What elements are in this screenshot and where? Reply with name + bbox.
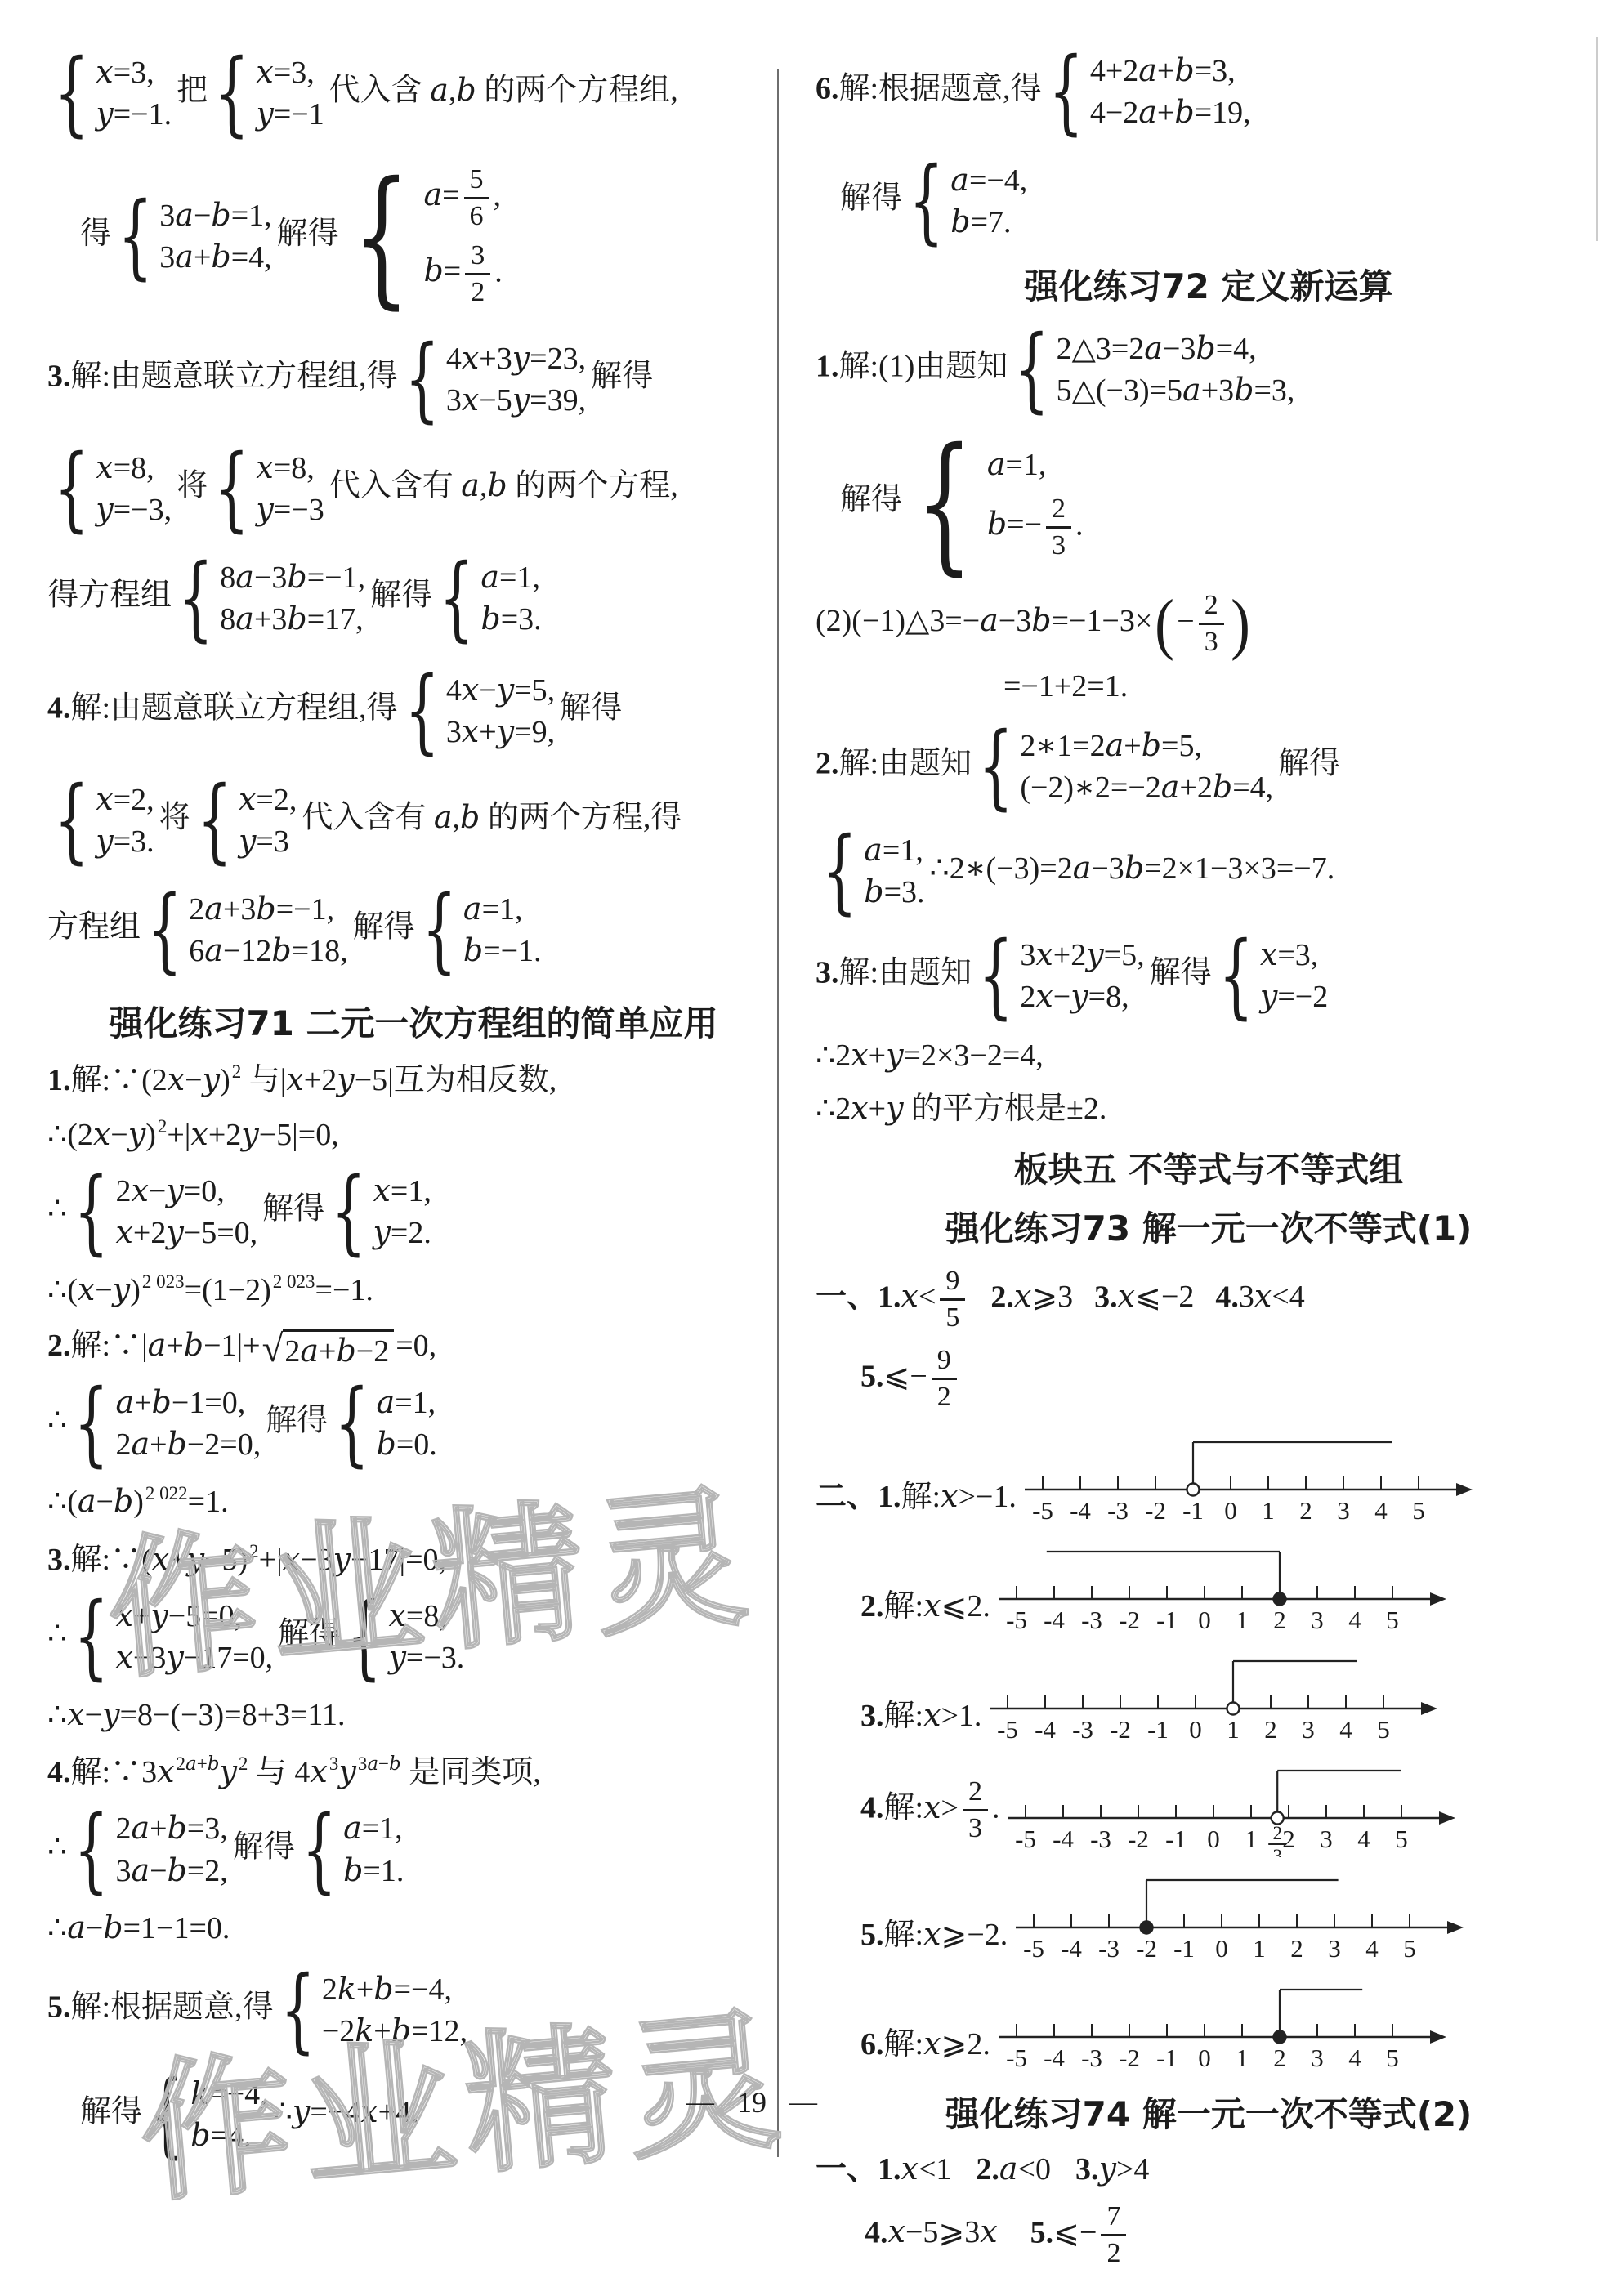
math-text: 2 023: [142, 1271, 185, 1292]
text: 是同类项,: [401, 1755, 541, 1789]
math-text: y=−1.: [96, 97, 172, 132]
system-line: b=7.: [950, 201, 1027, 243]
item-number: 一、1.: [816, 1280, 901, 1314]
superscript: 2: [249, 1539, 259, 1564]
system-brace: {: [422, 884, 457, 976]
text: 解得: [1278, 747, 1340, 781]
solution-row: ∴(a−b)2 022=1.: [47, 1481, 780, 1523]
text: 解:根据题意,得: [839, 72, 1042, 106]
math-text: b=3.: [864, 875, 924, 909]
system-line: 2a+b−2=0,: [115, 1423, 261, 1465]
math-text: x+y−5=0,: [115, 1599, 242, 1633]
equation-system: {2a+b=3,3a−b=2,: [72, 1804, 228, 1896]
number-line-svg: -5-4-3-2-1012345: [986, 1645, 1444, 1748]
math-text: x>1.: [923, 1699, 981, 1733]
math-text: b=3.: [480, 602, 541, 637]
math-text: 2: [158, 1116, 168, 1137]
text: ∴: [47, 1911, 67, 1945]
text: ∴: [816, 1092, 835, 1126]
system-line: a=−4,: [950, 159, 1027, 201]
system-line: k=−4,: [190, 2073, 267, 2115]
number-line-part: 5: [1404, 1934, 1417, 1963]
equation-system: {a=1,b=−23.: [907, 428, 1084, 577]
number-line-part: [1430, 2030, 1446, 2044]
solution-row: 1.解:(1)由题知{2△3=2a−3b=4,5△(−3)=5a+3b=3,: [816, 324, 1602, 415]
system-brace: {: [916, 428, 972, 577]
superscript: 2: [232, 1059, 242, 1084]
system-line: 3a−b=2,: [115, 1850, 227, 1892]
superscript: 3a−b: [358, 1751, 401, 1777]
number-line-part: 5: [1396, 1825, 1409, 1853]
number-line-part: -1: [1148, 1715, 1169, 1744]
system-brace: {: [302, 1804, 337, 1896]
equation-system: {a=1,b=1.: [300, 1804, 404, 1896]
item-number: 3.: [816, 956, 839, 990]
system-brace: {: [1048, 46, 1084, 137]
math-text: 3: [968, 1813, 982, 1843]
solution-row: ∴2x+y 的平方根是±2.: [816, 1088, 1602, 1130]
math-text: b=: [423, 254, 461, 288]
math-text: 2: [1106, 2238, 1120, 2268]
math-text: 2: [968, 1776, 982, 1807]
system-lines: 2x−y=0,x+2y−5=0,: [115, 1170, 257, 1253]
item-number: 二、1.: [816, 1480, 901, 1514]
solution-row: 3.解:由题意联立方程组,得{4x+3y=23,3x−5y=39,解得: [47, 333, 780, 425]
system-brace: {: [74, 1804, 109, 1896]
math-text: ⩽−: [884, 1360, 927, 1394]
text: 解:: [884, 1918, 924, 1952]
math-text: 2 022: [145, 1483, 188, 1503]
item-number: 4.: [47, 1755, 71, 1789]
math-text: x⩾−2.: [923, 1918, 1008, 1952]
text: ∴: [47, 1617, 67, 1651]
number-line-part: 0: [1198, 2044, 1211, 2072]
fraction-numerator: 7: [1101, 2201, 1126, 2236]
system-line: x−3y−17=0,: [115, 1637, 273, 1678]
text: 方程组: [47, 910, 141, 945]
text: 互为相反数,: [394, 1063, 557, 1097]
number-line-part: 1: [1245, 1825, 1258, 1853]
system-line: a=1,: [480, 556, 541, 598]
number-line-part: 2: [1273, 1823, 1283, 1843]
item-number: 4.: [865, 2215, 888, 2249]
math-text: 2: [232, 1061, 242, 1082]
math-text: b=7.: [950, 205, 1011, 239]
number-line-part: 1: [1254, 1934, 1267, 1963]
number-line-label: 5.解:x⩾−2.: [860, 1909, 1008, 1954]
system-brace: {: [197, 775, 232, 866]
equation-system: {x=8,y=−3.: [345, 1591, 464, 1682]
system-line: 4x+3y=23,: [446, 337, 586, 379]
math-text: x−3y−17=0,: [115, 1641, 273, 1675]
system-line: 4x−y=5,: [446, 669, 555, 711]
text: 与: [241, 1063, 280, 1097]
number-line-part: 4: [1348, 1606, 1361, 1634]
math-text: y=−2: [1260, 980, 1328, 1014]
text: 解得: [278, 1617, 340, 1651]
system-line: 3x−5y=39,: [446, 379, 586, 421]
math-text: y: [219, 1755, 236, 1789]
number-line-part: 3: [1311, 2044, 1324, 2072]
system-brace: {: [978, 930, 1013, 1021]
equation-system: {2∗1=2a+b=5,(−2)∗2=−2a+2b=4,: [977, 721, 1273, 812]
math-text: a=1,: [377, 1386, 436, 1420]
solution-row: ∴{2x−y=0,x+2y−5=0,解得{x=1,y=2.: [47, 1166, 780, 1257]
open-point: [1187, 1484, 1199, 1496]
solution-row: ∴(2x−y)2+|x+2y−5|=0,: [47, 1114, 780, 1156]
text: ∴: [930, 851, 950, 886]
math-text: a,b: [430, 74, 476, 108]
number-line-part: 3: [1337, 1496, 1350, 1525]
system-lines: a+b−1=0,2a+b−2=0,: [115, 1382, 261, 1465]
math-text: a−b=1−1=0.: [67, 1911, 230, 1945]
text: 解:∵: [71, 1755, 142, 1789]
number-line-part: 3: [1329, 1934, 1342, 1963]
number-line-part: -5: [1016, 1825, 1037, 1853]
math-text: x<: [901, 1280, 936, 1314]
math-text: a=1,: [343, 1811, 403, 1846]
section-header: 强化练习74 解一元一次不等式(2): [816, 2088, 1602, 2137]
math-text: .: [494, 254, 503, 288]
math-text: b=−1.: [463, 934, 542, 968]
number-line-part: -1: [1173, 1934, 1195, 1963]
square-root: √2a+b−2: [262, 1329, 395, 1369]
text: 的两个方程,得: [480, 801, 682, 835]
fraction-denominator: 2: [937, 1380, 951, 1413]
system-lines: a=1,b=−1.: [463, 888, 542, 972]
fraction-denominator: 3: [1052, 529, 1066, 561]
math-text: 2a+b−2=0,: [115, 1427, 261, 1462]
system-line: b=32.: [423, 240, 502, 308]
system-line: 3x+y=9,: [446, 711, 555, 753]
math-text: =1.: [188, 1485, 229, 1519]
system-brace: {: [335, 1378, 370, 1469]
system-line: −2k+b=12,: [322, 2010, 467, 2052]
math-text: x−5⩾3x: [888, 2215, 998, 2249]
system-line: y=3.: [96, 820, 154, 862]
item-number: 4.: [1215, 1280, 1239, 1314]
math-text: 2x+y=2×3−2=4,: [835, 1039, 1044, 1073]
math-text: 2∗1=2a+b=5,: [1020, 729, 1202, 763]
solution-row: =−1+2=1.: [1003, 666, 1602, 708]
text: 解:(1)由题知: [839, 350, 1008, 384]
solution-row: 6.解:根据题意,得{4+2a+b=3,4−2a+b=19,: [816, 46, 1602, 137]
math-text: 2a+b=3,: [115, 1811, 227, 1846]
system-line: y=−2: [1260, 976, 1328, 1017]
page-footer: — 19 —: [686, 2085, 817, 2120]
math-text: −2k+b=12,: [322, 2014, 467, 2048]
math-text: 3x−5y=39,: [446, 383, 586, 418]
number-line-part: -3: [1098, 1934, 1120, 1963]
solution-row: 得{3a−b=1,3a+b=4,解得{a=56,b=32.: [80, 160, 780, 312]
system-lines: 4+2a+b=3,4−2a+b=19,: [1090, 50, 1251, 133]
solution-row: {a=1,b=3.∴2∗(−3)=2a−3b=2×1−3×3=−7.: [816, 825, 1602, 917]
equation-system: {3x+2y=5,2x−y=8,: [977, 930, 1145, 1021]
math-text: 2∗(−3)=2a−3b=2×1−3×3=−7.: [950, 851, 1335, 886]
number-line-part: 1: [1227, 1715, 1240, 1744]
math-text: 3a+b=4,: [159, 240, 271, 275]
system-line: b=0.: [377, 1423, 437, 1465]
system-line: x=8,: [388, 1595, 464, 1637]
fraction-denominator: 2: [1106, 2236, 1120, 2269]
open-point: [1227, 1703, 1240, 1715]
text: 解:由题意联立方程组,得: [71, 691, 398, 726]
system-lines: x=3,y=−1.: [96, 51, 172, 135]
number-line-part: -2: [1145, 1496, 1166, 1525]
fraction-numerator: 9: [932, 1345, 957, 1380]
math-text: +|x−3y−17|=0,: [259, 1543, 446, 1577]
big-paren: (: [1155, 609, 1174, 640]
equation-system: {x=3,y=−2: [1217, 930, 1329, 1021]
system-lines: a=1,b=−23.: [987, 440, 1084, 565]
text: 代入含有: [302, 801, 434, 835]
number-line-part: 3: [1273, 1846, 1283, 1857]
number-line-part: -4: [1061, 1934, 1082, 1963]
number-line-part: 4: [1358, 1825, 1371, 1853]
equation-system: {3a−b=1,3a+b=4,: [116, 190, 272, 282]
equation-system: {x=2,y=3.: [52, 775, 154, 866]
text: 解得: [560, 691, 622, 726]
fraction: 72: [1101, 2201, 1126, 2269]
number-line-svg: -5-4-3-2-1012345: [995, 1973, 1453, 2076]
item-number: 4.: [860, 1791, 884, 1825]
scan-edge-artifact: [1596, 37, 1598, 241]
number-line-label: 2.解:x⩽2.: [860, 1580, 990, 1625]
math-text: y=−3: [256, 493, 324, 527]
system-brace: {: [404, 333, 440, 425]
closed-point: [1273, 1593, 1285, 1606]
number-line-part: 0: [1198, 1606, 1211, 1634]
text: 解:: [884, 1699, 924, 1733]
item-number: 一、1.: [816, 2152, 901, 2187]
number-line-part: -5: [1023, 1934, 1044, 1963]
solution-row: 解得{k=−4,b=4.∴y=−4x+4.: [80, 2069, 780, 2160]
math-text: y=−3,: [96, 493, 172, 527]
fraction-numerator: 9: [940, 1266, 965, 1301]
math-text: x⩽2.: [923, 1589, 990, 1624]
text: ∴: [816, 1039, 835, 1073]
number-line-part: -1: [1156, 1606, 1178, 1634]
math-text: 4−2a+b=19,: [1090, 96, 1251, 130]
item-number: 3.: [1094, 1280, 1118, 1314]
system-line: x=8,: [256, 447, 324, 489]
footer-right-dash: —: [789, 2087, 817, 2118]
section-header: 强化练习73 解一元一次不等式(1): [816, 1202, 1602, 1251]
math-text: x=1,: [373, 1174, 431, 1208]
number-line-part: [1421, 1702, 1437, 1715]
number-line-part: 0: [1208, 1825, 1221, 1853]
text: 解:: [901, 1480, 941, 1514]
math-text: .: [992, 1791, 1000, 1825]
system-lines: x=8,y=−3: [256, 447, 324, 530]
solution-row: 解得{a=1,b=−23.: [840, 428, 1602, 577]
math-text: x+2y−5=0,: [115, 1216, 257, 1250]
solution-row: 方程组{2a+3b=−1,6a−12b=18,解得{a=1,b=−1.: [47, 884, 780, 976]
math-text: 5△(−3)=5a+3b=3,: [1057, 373, 1295, 408]
math-text: a+b−1=0,: [115, 1386, 245, 1420]
math-text: x⩾3: [1014, 1280, 1073, 1314]
system-lines: 2k+b=−4,−2k+b=12,: [322, 1968, 467, 2052]
math-text: =0,: [396, 1329, 436, 1363]
item-number: 2.: [816, 747, 839, 781]
system-line: y=−3.: [388, 1637, 464, 1678]
system-line: a=1,: [377, 1382, 437, 1423]
system-line: x=2,: [96, 779, 154, 820]
text: ∴: [47, 1698, 67, 1732]
solution-row: ∴{a+b−1=0,2a+b−2=0,解得{a=1,b=0.: [47, 1378, 780, 1469]
item-number: 5.: [1030, 2215, 1054, 2249]
system-lines: a=1,b=0.: [377, 1382, 437, 1465]
text: 与: [248, 1755, 294, 1789]
system-line: 3a+b=4,: [159, 236, 271, 278]
solution-row: 2.解:∵|a+b−1|+√2a+b−2=0,: [47, 1324, 780, 1368]
system-line: x=2,: [239, 779, 297, 820]
number-line-part: [1439, 1811, 1455, 1825]
text: ∴: [47, 1829, 67, 1864]
page-number: 19: [737, 2085, 767, 2120]
math-text: 4x−y=5,: [446, 673, 555, 708]
system-line: y=3: [239, 820, 297, 862]
system-line: 2x−y=8,: [1020, 976, 1144, 1017]
system-line: 2a+3b=−1,: [189, 888, 347, 930]
math-text: 8a+3b=17,: [220, 602, 363, 637]
item-number: 6.: [860, 2027, 884, 2061]
system-line: a+b−1=0,: [115, 1382, 261, 1423]
math-text: y=2.: [373, 1216, 431, 1250]
math-text: x=8,: [96, 451, 154, 485]
number-line-part: 0: [1190, 1715, 1203, 1744]
number-line-part: -2: [1111, 1715, 1132, 1744]
superscript: 2 023: [142, 1269, 185, 1294]
math-text: 7: [1106, 2201, 1120, 2231]
math-text: =−1+2=1.: [1003, 669, 1128, 704]
section-header: 板块五 不等式与不等式组: [816, 1143, 1602, 1192]
system-lines: a=1,b=3.: [480, 556, 541, 640]
equation-system: {x+y−5=0,x−3y−17=0,: [72, 1591, 273, 1682]
system-line: a=56,: [423, 164, 502, 232]
equation-system: {2k+b=−4,−2k+b=12,: [279, 1964, 467, 2056]
system-lines: a=56,b=32.: [423, 160, 502, 312]
system-line: x=3,: [256, 51, 324, 93]
number-line-part: 5: [1412, 1496, 1425, 1525]
math-text: 3: [1052, 530, 1066, 561]
system-line: a=1,: [463, 888, 542, 930]
number-line-svg: -5-4-3-2-1012345: [1012, 1864, 1470, 1967]
equation-system: {a=1,b=3.: [437, 552, 542, 644]
equation-system: {a=1,b=3.: [820, 825, 925, 917]
number-line-part: -5: [1006, 2044, 1027, 2072]
number-line-part: -5: [998, 1715, 1019, 1744]
text: 解:∵: [71, 1329, 142, 1363]
system-lines: 2∗1=2a+b=5,(−2)∗2=−2a+2b=4,: [1020, 725, 1273, 808]
number-line-label: 6.解:x⩾2.: [860, 2018, 990, 2063]
number-line-part: [1447, 1921, 1464, 1934]
system-line: x+2y−5=0,: [115, 1212, 257, 1253]
text: 得: [80, 217, 111, 251]
section-header: 强化练习71 二元一次方程组的简单应用: [47, 997, 780, 1046]
solution-row: (2)(−1)△3=−a−3b=−1−3×(−23): [816, 590, 1602, 658]
number-line-part: 5: [1378, 1715, 1391, 1744]
system-line: 4−2a+b=19,: [1090, 92, 1251, 133]
text: ∴: [47, 1404, 67, 1438]
system-lines: k=−4,b=4.: [190, 2073, 267, 2156]
math-text: 9: [945, 1266, 959, 1296]
math-text: y=−4x+4.: [293, 2095, 419, 2129]
fraction-denominator: 5: [945, 1301, 959, 1333]
solution-row: ∴{x+y−5=0,x−3y−17=0,解得{x=8,y=−3.: [47, 1591, 780, 1682]
fraction-numerator: 2: [1199, 590, 1224, 625]
text: 解得: [840, 483, 902, 517]
number-line-part: -2: [1119, 1606, 1140, 1634]
text: 的平方根是: [904, 1092, 1067, 1126]
solution-row: ∴{2a+b=3,3a−b=2,解得{a=1,b=1.: [47, 1804, 780, 1896]
number-line-part: 2: [1273, 1606, 1286, 1634]
math-text: 3a−b=2,: [115, 1854, 227, 1888]
math-text: 3: [471, 240, 485, 270]
math-text: 2x+y: [835, 1092, 903, 1126]
text: 解:由题知: [839, 747, 972, 781]
fraction-numerator: 2: [1046, 494, 1071, 529]
text: 代入含有: [329, 469, 462, 503]
solution-row: 一、1.x<12.a<03.y>4: [816, 2148, 1602, 2191]
math-text: .: [1075, 507, 1084, 542]
math-text: 2: [1052, 494, 1066, 524]
system-line: x=3,: [96, 51, 172, 93]
number-line-part: -1: [1166, 1825, 1187, 1853]
system-brace: {: [54, 443, 89, 534]
system-line: x+y−5=0,: [115, 1595, 273, 1637]
math-text: |x+2y−5|: [280, 1063, 394, 1097]
system-line: a=1,: [987, 444, 1084, 485]
math-text: b=−: [987, 507, 1042, 542]
number-line-part: 0: [1216, 1934, 1229, 1963]
system-line: 2a+b=3,: [115, 1807, 227, 1849]
left-column: {x=3,y=−1.把{x=3,y=−1代入含 a,b 的两个方程组,得{3a−…: [47, 47, 780, 2160]
equation-system: {4+2a+b=3,4−2a+b=19,: [1047, 46, 1251, 137]
solution-row: 4.解:由题意联立方程组,得{4x−y=5,3x+y=9,解得: [47, 665, 780, 757]
math-text: 3a−b: [358, 1753, 401, 1774]
math-text: ⩽−: [1053, 2215, 1097, 2249]
math-text: y>4: [1098, 2152, 1149, 2187]
fraction: 23: [963, 1776, 988, 1844]
footer-left-dash: —: [686, 2087, 714, 2118]
math-text: 2: [937, 1382, 951, 1412]
fraction: 23: [1046, 494, 1071, 561]
text: 解:由题知: [839, 956, 972, 990]
number-line-part: 0: [1224, 1496, 1237, 1525]
text: 解得: [266, 1404, 328, 1438]
math-text: x=8,: [388, 1599, 446, 1633]
system-brace: {: [353, 162, 409, 310]
number-line-row: 6.解:x⩾2.-5-4-3-2-1012345: [860, 1973, 1602, 2076]
math-text: 3x+y=9,: [446, 715, 555, 749]
superscript: 2 022: [145, 1481, 188, 1506]
number-line-part: [1430, 1592, 1446, 1606]
math-text: 2a+3b=−1,: [189, 892, 334, 927]
number-line-part: 1: [1262, 1496, 1275, 1525]
equation-system: {8a−3b=−1,8a+3b=17,: [177, 552, 365, 644]
math-text: −: [1177, 604, 1194, 638]
right-column: 6.解:根据题意,得{4+2a+b=3,4−2a+b=19,解得{a=−4,b=…: [816, 46, 1602, 2269]
number-line-part: 2: [1291, 1934, 1304, 1963]
math-text: (x−y): [67, 1273, 141, 1307]
item-number: 3.: [860, 1699, 884, 1733]
text: ∴: [47, 1192, 67, 1226]
fraction: 23: [1199, 590, 1224, 658]
text: 解:: [884, 1791, 924, 1825]
system-brace: {: [149, 2069, 184, 2160]
text: 解得: [370, 578, 432, 613]
